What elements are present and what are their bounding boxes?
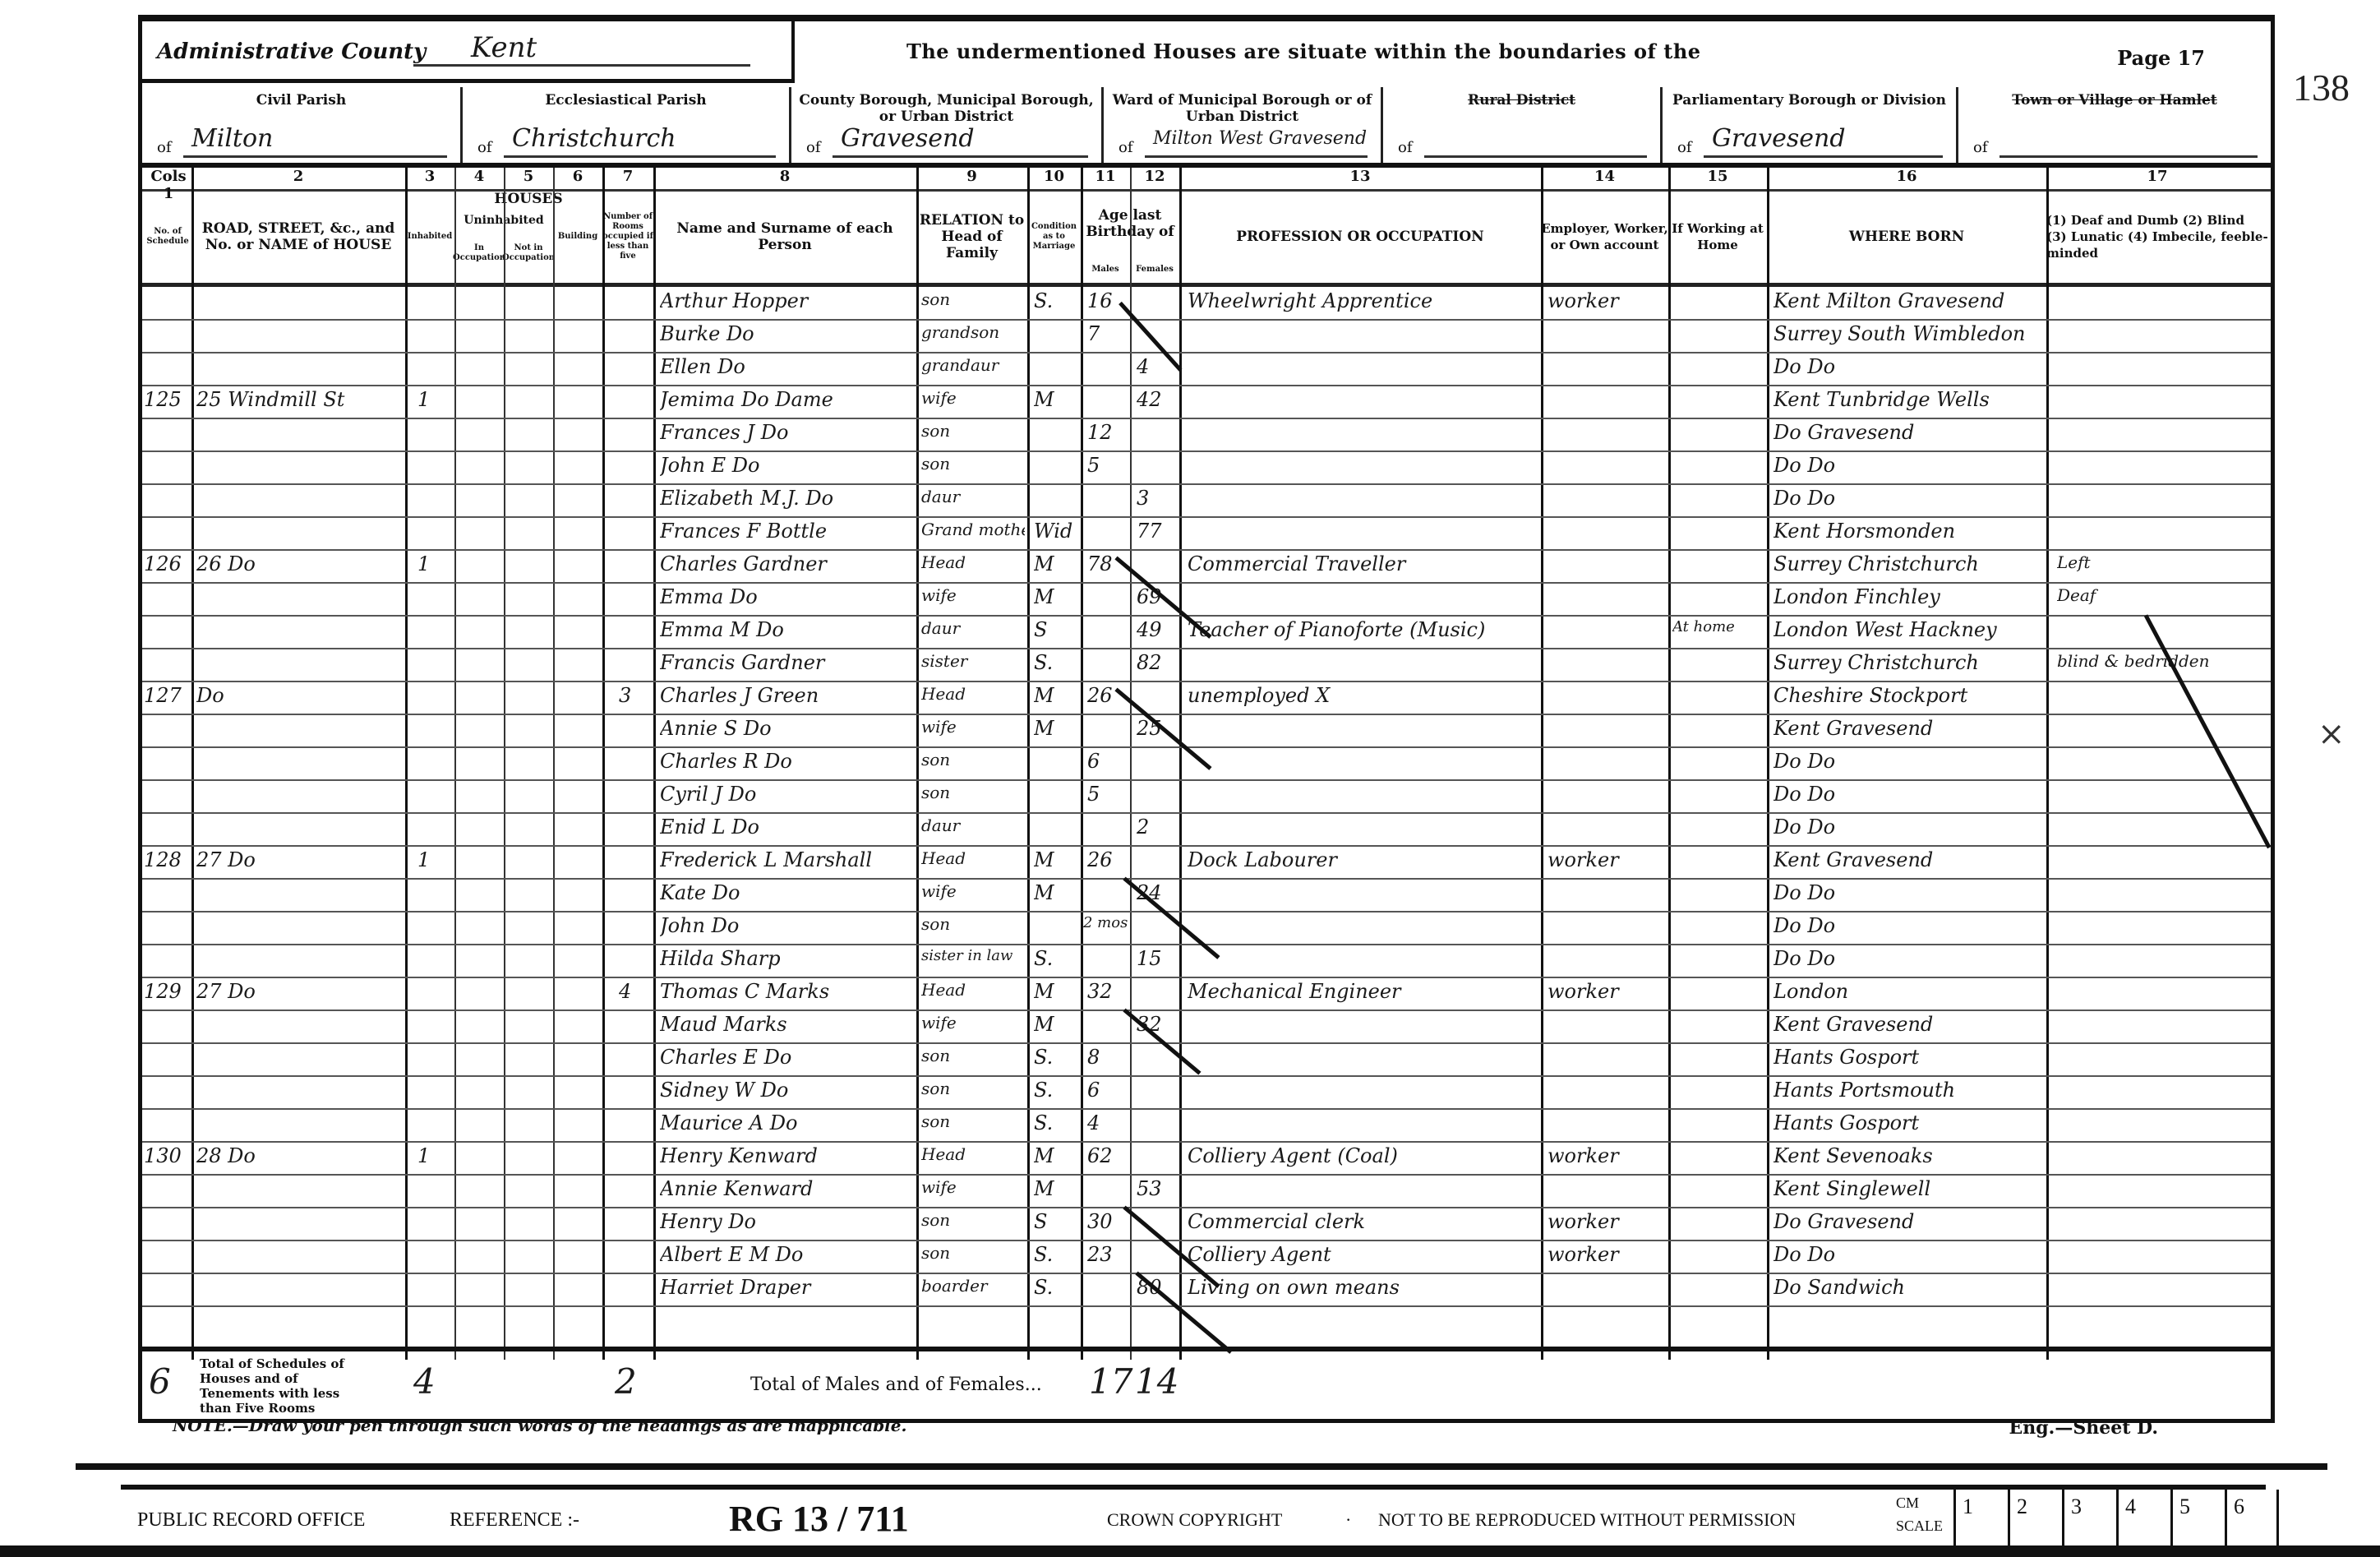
area-label: Ecclesiastical Parish: [463, 92, 789, 109]
relation-cell: daur: [921, 618, 1025, 638]
employer-cell: worker: [1547, 1144, 1666, 1167]
relation-cell: wife: [921, 585, 1025, 605]
folio-number: 138: [2293, 66, 2350, 109]
footer-reference-label: REFERENCE :-: [450, 1509, 579, 1532]
occupation-cell: Teacher of Pianoforte (Music): [1188, 618, 1538, 641]
table-row: Frances J Doson12Do Gravesend: [142, 418, 2271, 452]
name-cell: Frances F Bottle: [660, 520, 913, 543]
male-age-cell: 4: [1087, 1111, 1100, 1134]
col-number: 2: [191, 168, 405, 185]
females-total: 14: [1135, 1361, 1178, 1402]
name-cell: Henry Kenward: [660, 1144, 913, 1167]
condition-cell: S.: [1034, 1111, 1053, 1134]
table-row: Enid L Dodaur2Do Do: [142, 812, 2271, 847]
where-born-cell: Do Do: [1773, 881, 2045, 904]
name-cell: Charles Gardner: [660, 552, 913, 575]
where-born-cell: Kent Milton Gravesend: [1773, 289, 2045, 312]
name-cell: Kate Do: [660, 881, 913, 904]
table-row: Sidney W DosonS.6Hants Portsmouth: [142, 1075, 2271, 1110]
employer-cell: worker: [1547, 1210, 1666, 1233]
area-value: Milton West Gravesend: [1145, 122, 1368, 158]
area-label: Rural District: [1383, 92, 1660, 109]
col-number: 16: [1767, 168, 2046, 185]
footer-copyright: CROWN COPYRIGHT: [1107, 1509, 1282, 1531]
name-cell: Thomas C Marks: [660, 980, 913, 1003]
totals-row: 6 Total of Schedules of Houses and of Te…: [142, 1347, 2271, 1424]
infirmity-cell: Left: [2057, 552, 2262, 572]
relation-cell: son: [921, 421, 1025, 441]
relation-cell: sister: [921, 651, 1025, 671]
admin-county-value: Kent: [413, 31, 750, 67]
male-age-cell: 6: [1087, 750, 1100, 773]
female-age-cell: 3: [1137, 487, 1149, 510]
inhabited-cell: 1: [417, 848, 430, 871]
males-total: 17: [1089, 1361, 1132, 1402]
header-infirmity: (1) Deaf and Dumb (2) Blind (3) Lunatic …: [2046, 191, 2268, 283]
header-occupation: PROFESSION OR OCCUPATION: [1179, 191, 1541, 283]
area-of: of: [1973, 139, 1988, 156]
header-band: Administrative County Kent The underment…: [142, 21, 2271, 168]
scale-label-scale: SCALE: [1896, 1518, 1943, 1535]
table-row: Elizabeth M.J. Dodaur3Do Do: [142, 483, 2271, 518]
inhabited-total: 4: [413, 1361, 436, 1402]
name-cell: Arthur Hopper: [660, 289, 913, 312]
where-born-cell: London West Hackney: [1773, 618, 2045, 641]
occupation-cell: Mechanical Engineer: [1188, 980, 1538, 1003]
area-value: Milton: [183, 122, 447, 158]
where-born-cell: Hants Gosport: [1773, 1046, 2045, 1069]
schedule-cell: 129: [144, 980, 190, 1003]
condition-cell: M: [1034, 388, 1054, 411]
infirmity-cell: blind & bedridden: [2057, 651, 2262, 671]
table-row: Henry DosonS30Commercial clerkworkerDo G…: [142, 1207, 2271, 1241]
where-born-cell: Kent Gravesend: [1773, 848, 2045, 871]
name-cell: Charles R Do: [660, 750, 913, 773]
condition-cell: M: [1034, 980, 1054, 1003]
col-number: 13: [1179, 168, 1541, 185]
name-cell: Hilda Sharp: [660, 947, 913, 970]
table-row: Frances F BottleGrand motherWid77Kent Ho…: [142, 516, 2271, 551]
where-born-cell: Surrey South Wimbledon: [1773, 322, 2045, 345]
archive-footer: PUBLIC RECORD OFFICE REFERENCE :- RG 13 …: [76, 1463, 2327, 1557]
page-label: Page 17: [2117, 46, 2205, 70]
area-parliamentary-borough: Parliamentary Borough or Division of Gra…: [1663, 87, 1958, 163]
condition-cell: S: [1034, 1210, 1047, 1233]
relation-cell: son: [921, 1046, 1025, 1065]
where-born-cell: London: [1773, 980, 2045, 1003]
female-age-cell: 49: [1137, 618, 1162, 641]
relation-cell: son: [921, 783, 1025, 802]
relation-cell: Head: [921, 1144, 1025, 1164]
male-age-cell: 8: [1087, 1046, 1100, 1069]
occupation-cell: Commercial Traveller: [1188, 552, 1538, 575]
road-cell: 28 Do: [196, 1144, 402, 1167]
relation-cell: daur: [921, 815, 1025, 835]
name-cell: Maurice A Do: [660, 1111, 913, 1134]
table-row: 12827 Do1Frederick L MarshallHeadM26Dock…: [142, 845, 2271, 880]
occupation-cell: Colliery Agent: [1188, 1243, 1538, 1266]
inhabited-cell: 1: [417, 552, 430, 575]
where-born-cell: Do Sandwich: [1773, 1276, 2045, 1299]
occupation-cell: Dock Labourer: [1188, 848, 1538, 871]
condition-cell: M: [1034, 848, 1054, 871]
area-label: County Borough, Municipal Borough, or Ur…: [791, 92, 1101, 125]
name-cell: Albert E M Do: [660, 1243, 913, 1266]
occupation-cell: Living on own means: [1188, 1276, 1538, 1299]
table-row: 12626 Do1Charles GardnerHeadM78Commercia…: [142, 549, 2271, 584]
table-row: Arthur HoppersonS.16Wheelwright Apprenti…: [142, 286, 2271, 321]
name-cell: John Do: [660, 914, 913, 937]
relation-cell: wife: [921, 1177, 1025, 1197]
where-born-cell: London Finchley: [1773, 585, 2045, 608]
name-cell: Henry Do: [660, 1210, 913, 1233]
relation-cell: sister in law: [921, 947, 1025, 964]
area-value: Gravesend: [1704, 122, 1943, 158]
relation-cell: son: [921, 1111, 1025, 1131]
relation-cell: son: [921, 1079, 1025, 1098]
area-rural-district: Rural District of: [1383, 87, 1663, 163]
male-age-cell: 26: [1087, 848, 1113, 871]
infirmity-cell: Deaf: [2057, 585, 2262, 605]
condition-cell: M: [1034, 552, 1054, 575]
where-born-cell: Hants Gosport: [1773, 1111, 2045, 1134]
female-age-cell: 82: [1137, 651, 1162, 674]
female-age-cell: 2: [1137, 815, 1149, 839]
admin-county-box: Administrative County Kent: [142, 21, 795, 83]
table-row: Kate DowifeM24Do Do: [142, 878, 2271, 912]
condition-cell: S: [1034, 618, 1047, 641]
relation-cell: son: [921, 914, 1025, 934]
table-row: Emma DowifeM69London FinchleyDeaf: [142, 582, 2271, 617]
column-number-row: Cols 1 2 3 4 5 6 7 8 9 10 11 12 13 14 15…: [142, 168, 2271, 192]
header-title: The undermentioned Houses are situate wi…: [906, 39, 1701, 63]
where-born-cell: Do Do: [1773, 947, 2045, 970]
name-cell: Enid L Do: [660, 815, 913, 839]
area-ecclesiastical-parish: Ecclesiastical Parish of Christchurch: [463, 87, 791, 163]
header-employer: Employer, Worker, or Own account: [1541, 191, 1668, 283]
area-of: of: [806, 139, 821, 156]
area-town-village: Town or Village or Hamlet of: [1958, 87, 2271, 163]
margin-cross-mark: ×: [2318, 715, 2345, 753]
where-born-cell: Do Do: [1773, 914, 2045, 937]
male-age-cell: 5: [1087, 783, 1100, 806]
col-number: 4: [454, 168, 504, 185]
header-inhabited: Inhabited: [405, 191, 454, 283]
footer-separator: ·: [1345, 1509, 1351, 1531]
schedule-cell: 126: [144, 552, 190, 575]
where-born-cell: Do Do: [1773, 454, 2045, 477]
header-condition: Condition as to Marriage: [1027, 191, 1081, 283]
name-cell: Emma M Do: [660, 618, 913, 641]
where-born-cell: Kent Singlewell: [1773, 1177, 2045, 1200]
condition-cell: M: [1034, 1177, 1054, 1200]
male-age-cell: 78: [1087, 552, 1113, 575]
rooms-total: 2: [615, 1361, 637, 1402]
female-age-cell: 15: [1137, 947, 1162, 970]
where-born-cell: Do Gravesend: [1773, 421, 2045, 444]
at-home-cell: At home: [1672, 618, 1764, 635]
header-at-home: If Working at Home: [1668, 191, 1767, 283]
name-cell: Maud Marks: [660, 1013, 913, 1036]
male-age-cell: 26: [1087, 684, 1113, 707]
name-cell: Annie S Do: [660, 717, 913, 740]
where-born-cell: Do Do: [1773, 355, 2045, 378]
relation-cell: daur: [921, 487, 1025, 506]
male-age-cell: 62: [1087, 1144, 1113, 1167]
where-born-cell: Kent Gravesend: [1773, 1013, 2045, 1036]
name-cell: Cyril J Do: [660, 783, 913, 806]
col-number: 3: [405, 168, 454, 185]
col-number: 14: [1541, 168, 1668, 185]
area-label: Town or Village or Hamlet: [1958, 92, 2271, 109]
col-number: 8: [653, 168, 916, 185]
condition-cell: S.: [1034, 289, 1053, 312]
name-cell: Charles J Green: [660, 684, 913, 707]
sheet-code: Eng.—Sheet D.: [2009, 1417, 2158, 1439]
relation-cell: wife: [921, 1013, 1025, 1033]
female-age-cell: 42: [1137, 388, 1162, 411]
name-cell: Jemima Do Dame: [660, 388, 913, 411]
rooms-cell: 4: [619, 980, 631, 1003]
occupation-cell: Commercial clerk: [1188, 1210, 1538, 1233]
name-cell: Harriet Draper: [660, 1276, 913, 1299]
area-value: Gravesend: [833, 122, 1088, 158]
male-age-cell: 23: [1087, 1243, 1113, 1266]
table-row: 12525 Windmill St1Jemima Do DamewifeM42K…: [142, 385, 2271, 419]
area-ward: Ward of Municipal Borough or of Urban Di…: [1104, 87, 1383, 163]
where-born-cell: Do Do: [1773, 1243, 2045, 1266]
female-age-cell: 53: [1137, 1177, 1162, 1200]
area-borough: County Borough, Municipal Borough, or Ur…: [791, 87, 1104, 163]
condition-cell: S.: [1034, 651, 1053, 674]
relation-cell: wife: [921, 881, 1025, 901]
name-cell: Frederick L Marshall: [660, 848, 913, 871]
table-row: Charles E DosonS.8Hants Gosport: [142, 1042, 2271, 1077]
occupation-cell: Wheelwright Apprentice: [1188, 289, 1538, 312]
header-males: Males: [1081, 260, 1130, 280]
schedule-cell: 128: [144, 848, 190, 871]
condition-cell: M: [1034, 684, 1054, 707]
relation-cell: son: [921, 1243, 1025, 1263]
name-cell: Frances J Do: [660, 421, 913, 444]
male-age-cell: 7: [1087, 322, 1100, 345]
condition-cell: M: [1034, 881, 1054, 904]
where-born-cell: Do Gravesend: [1773, 1210, 2045, 1233]
table-row: Annie S DowifeM25Kent Gravesend: [142, 714, 2271, 748]
condition-cell: M: [1034, 717, 1054, 740]
male-age-cell: 30: [1087, 1210, 1113, 1233]
road-cell: 27 Do: [196, 980, 402, 1003]
name-cell: Francis Gardner: [660, 651, 913, 674]
table-row: Maurice A DosonS.4Hants Gosport: [142, 1108, 2271, 1143]
header-building: Building: [553, 191, 602, 283]
female-age-cell: 4: [1137, 355, 1149, 378]
col-number: 11: [1081, 168, 1130, 185]
area-of: of: [1677, 139, 1692, 156]
road-cell: 25 Windmill St: [196, 388, 402, 411]
relation-cell: wife: [921, 717, 1025, 737]
where-born-cell: Surrey Christchurch: [1773, 651, 2045, 674]
area-value: [1999, 122, 2258, 158]
where-born-cell: Kent Tunbridge Wells: [1773, 388, 2045, 411]
male-age-cell: 12: [1087, 421, 1113, 444]
occupation-cell: Colliery Agent (Coal): [1188, 1144, 1538, 1167]
col-number: 17: [2046, 168, 2268, 185]
employer-cell: worker: [1547, 980, 1666, 1003]
male-age-cell: 6: [1087, 1079, 1100, 1102]
area-civil-parish: Civil Parish of Milton: [142, 87, 463, 163]
male-age-cell: 32: [1087, 980, 1113, 1003]
scale-label-cm: CM: [1896, 1495, 1919, 1512]
employer-cell: worker: [1547, 848, 1666, 871]
where-born-cell: Cheshire Stockport: [1773, 684, 2045, 707]
name-cell: Ellen Do: [660, 355, 913, 378]
header-rooms: Number of Rooms occupied if less than fi…: [602, 191, 653, 283]
condition-cell: Wid: [1034, 520, 1072, 543]
table-row: Francis GardnersisterS.82Surrey Christch…: [142, 648, 2271, 682]
occupation-cell: unemployed X: [1188, 684, 1538, 707]
condition-cell: S.: [1034, 1243, 1053, 1266]
table-row: Cyril J Doson5Do Do: [142, 779, 2271, 814]
relation-cell: son: [921, 454, 1025, 474]
table-row: 13028 Do1Henry KenwardHeadM62Colliery Ag…: [142, 1141, 2271, 1176]
area-value: Christchurch: [504, 122, 776, 158]
relation-cell: wife: [921, 388, 1025, 408]
relation-cell: boarder: [921, 1276, 1025, 1296]
table-row: John Doson2 mosDo Do: [142, 911, 2271, 945]
males-females-total-label: Total of Males and of Females...: [750, 1375, 1042, 1395]
where-born-cell: Do Do: [1773, 750, 2045, 773]
footer-office: PUBLIC RECORD OFFICE: [137, 1509, 365, 1532]
where-born-cell: Kent Sevenoaks: [1773, 1144, 2045, 1167]
name-cell: Annie Kenward: [660, 1177, 913, 1200]
where-born-cell: Do Do: [1773, 783, 2045, 806]
name-cell: Sidney W Do: [660, 1079, 913, 1102]
road-cell: 27 Do: [196, 848, 402, 871]
name-cell: Emma Do: [660, 585, 913, 608]
relation-cell: grandaur: [921, 355, 1025, 375]
header-schedule: No. of Schedule: [144, 191, 191, 283]
relation-cell: Head: [921, 552, 1025, 572]
male-age-cell: 5: [1087, 454, 1100, 477]
relation-cell: Grand mother: [921, 520, 1025, 539]
schedules-total-label: Total of Schedules of Houses and of Tene…: [200, 1356, 364, 1416]
name-cell: Elizabeth M.J. Do: [660, 487, 913, 510]
col-number: 15: [1668, 168, 1767, 185]
col-number: 9: [916, 168, 1027, 185]
rooms-cell: 3: [619, 684, 631, 707]
name-cell: Burke Do: [660, 322, 913, 345]
col-number: 12: [1130, 168, 1179, 185]
employer-cell: worker: [1547, 1243, 1666, 1266]
inhabited-cell: 1: [417, 1144, 430, 1167]
column-headers: No. of Schedule ROAD, STREET, &c., and N…: [142, 191, 2271, 287]
condition-cell: S.: [1034, 1079, 1053, 1102]
area-label: Parliamentary Borough or Division: [1663, 92, 1956, 109]
table-row: 12927 Do4Thomas C MarksHeadM32Mechanical…: [142, 977, 2271, 1011]
road-cell: Do: [196, 684, 402, 707]
relation-cell: son: [921, 750, 1025, 769]
schedule-cell: 125: [144, 388, 190, 411]
relation-cell: grandson: [921, 322, 1025, 342]
road-cell: 26 Do: [196, 552, 402, 575]
schedules-total: 6: [149, 1361, 171, 1402]
inhabited-cell: 1: [417, 388, 430, 411]
header-females: Females: [1130, 260, 1179, 280]
condition-cell: M: [1034, 1144, 1054, 1167]
where-born-cell: Do Do: [1773, 487, 2045, 510]
where-born-cell: Kent Gravesend: [1773, 717, 2045, 740]
female-age-cell: 77: [1137, 520, 1162, 543]
area-label: Ward of Municipal Borough or of Urban Di…: [1104, 92, 1381, 125]
col-number: 7: [602, 168, 653, 185]
table-row: Maud MarkswifeM32Kent Gravesend: [142, 1010, 2271, 1044]
relation-cell: Head: [921, 848, 1025, 868]
table-row: Annie KenwardwifeM53Kent Singlewell: [142, 1174, 2271, 1208]
schedule-cell: 127: [144, 684, 190, 707]
header-relation: RELATION to Head of Family: [916, 191, 1027, 283]
area-label: Civil Parish: [142, 92, 460, 109]
table-row: Burke Dograndson7Surrey South Wimbledon: [142, 319, 2271, 353]
header-where-born: WHERE BORN: [1767, 191, 2046, 283]
area-of: of: [1398, 139, 1413, 156]
header-road: ROAD, STREET, &c., and No. or NAME of HO…: [191, 191, 405, 283]
employer-cell: worker: [1547, 289, 1666, 312]
relation-cell: son: [921, 1210, 1025, 1230]
male-age-cell: 2 mos: [1083, 914, 1128, 931]
name-cell: Charles E Do: [660, 1046, 913, 1069]
schedule-cell: 130: [144, 1144, 190, 1167]
relation-cell: Head: [921, 684, 1025, 704]
scan-edge: [0, 1545, 2380, 1557]
where-born-cell: Do Do: [1773, 815, 2045, 839]
condition-cell: S.: [1034, 1276, 1053, 1299]
relation-cell: Head: [921, 980, 1025, 1000]
area-of: of: [477, 139, 492, 156]
area-of: of: [1119, 139, 1133, 156]
condition-cell: M: [1034, 1013, 1054, 1036]
census-sheet: Administrative County Kent The underment…: [138, 15, 2275, 1423]
area-value: [1424, 122, 1647, 158]
where-born-cell: Kent Horsmonden: [1773, 520, 2045, 543]
table-row: 127Do3Charles J GreenHeadM26unemployed X…: [142, 681, 2271, 715]
table-row: Ellen Dograndaur4Do Do: [142, 352, 2271, 386]
instruction-note: NOTE.—Draw your pen through such words o…: [173, 1416, 906, 1435]
footer-notice: NOT TO BE REPRODUCED WITHOUT PERMISSION: [1378, 1509, 1796, 1531]
where-born-cell: Surrey Christchurch: [1773, 552, 2045, 575]
where-born-cell: Hants Portsmouth: [1773, 1079, 2045, 1102]
relation-cell: son: [921, 289, 1025, 309]
footer-reference-value: RG 13 / 711: [729, 1498, 909, 1540]
header-name: Name and Surname of each Person: [653, 191, 916, 283]
condition-cell: S.: [1034, 947, 1053, 970]
col-number: 6: [553, 168, 602, 185]
col-number: 10: [1027, 168, 1081, 185]
condition-cell: S.: [1034, 1046, 1053, 1069]
table-row: Albert E M DosonS.23Colliery Agentworker…: [142, 1240, 2271, 1274]
male-age-cell: 16: [1087, 289, 1113, 312]
condition-cell: M: [1034, 585, 1054, 608]
table-row: John E Doson5Do Do: [142, 450, 2271, 485]
admin-county-label: Administrative County: [157, 39, 426, 64]
col-number: 5: [504, 168, 553, 185]
name-cell: John E Do: [660, 454, 913, 477]
area-of: of: [157, 139, 172, 156]
